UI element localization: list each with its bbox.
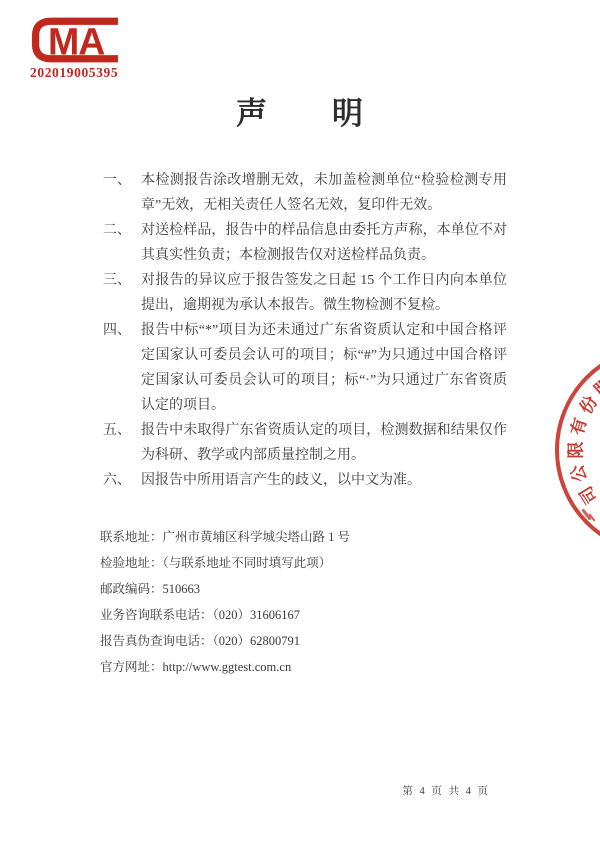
contact-label: 官方网址：	[100, 660, 163, 674]
contact-label: 检验地址：	[100, 556, 163, 570]
contact-value: 广州市黄埔区科学城尖塔山路 1 号	[163, 530, 351, 544]
statement-item: 一、 本检测报告涂改增删无效，未加盖检测单位“检验检测专用章”无效，无相关责任人…	[103, 168, 507, 218]
verification-phone-line: 报告真伪查询电话：（020）62800791	[100, 628, 350, 654]
contact-address-line: 联系地址：广州市黄埔区科学城尖塔山路 1 号	[100, 524, 350, 550]
statement-text: 因报告中所用语言产生的歧义，以中文为准。	[141, 468, 507, 493]
statement-number: 六、	[103, 468, 141, 493]
statement-text: 报告中标“*”项目为还未通过广东省资质认定和中国合格评定国家认可委员会认可的项目…	[141, 318, 507, 418]
company-seal: 股 份 有 限 公 司	[555, 345, 600, 555]
contact-label: 联系地址：	[100, 530, 163, 544]
seal-char: 限	[562, 442, 587, 459]
contact-value: http://www.ggtest.com.cn	[163, 660, 292, 674]
statement-number: 五、	[103, 418, 141, 468]
statement-number: 四、	[103, 318, 141, 418]
contact-block: 联系地址：广州市黄埔区科学城尖塔山路 1 号 检验地址：（与联系地址不同时填写此…	[100, 524, 350, 680]
contact-value: （020）31606167	[213, 608, 301, 622]
inspection-address-line: 检验地址：（与联系地址不同时填写此项）	[100, 550, 350, 576]
statement-item: 二、 对送检样品，报告中的样品信息由委托方声称，本单位不对其真实性负责；本检测报…	[103, 218, 507, 268]
cma-logo-icon: MA	[30, 16, 135, 64]
contact-value: 510663	[163, 582, 201, 596]
statement-item: 六、 因报告中所用语言产生的歧义，以中文为准。	[103, 468, 507, 493]
report-statement-page: MA 202019005395 声 明 一、 本检测报告涂改增删无效，未加盖检测…	[0, 0, 600, 848]
page-title: 声 明	[0, 88, 600, 133]
statement-text: 报告中未取得广东省资质认定的项目，检测数据和结果仅作为科研、教学或内部质量控制之…	[141, 418, 507, 468]
website-line: 官方网址：http://www.ggtest.com.cn	[100, 654, 350, 680]
statement-text: 本检测报告涂改增删无效，未加盖检测单位“检验检测专用章”无效，无相关责任人签名无…	[141, 168, 507, 218]
business-phone-line: 业务咨询联系电话：（020）31606167	[100, 602, 350, 628]
page-number: 第 4 页 共 4 页	[402, 783, 490, 798]
postal-code-line: 邮政编码：510663	[100, 576, 350, 602]
contact-label: 报告真伪查询电话：	[100, 634, 213, 648]
svg-text:MA: MA	[48, 21, 105, 63]
statement-item: 四、 报告中标“*”项目为还未通过广东省资质认定和中国合格评定国家认可委员会认可…	[103, 318, 507, 418]
statement-number: 二、	[103, 218, 141, 268]
statement-item: 五、 报告中未取得广东省资质认定的项目，检测数据和结果仅作为科研、教学或内部质量…	[103, 418, 507, 468]
contact-label: 业务咨询联系电话：	[100, 608, 213, 622]
statement-text: 对送检样品，报告中的样品信息由委托方声称，本单位不对其真实性负责；本检测报告仅对…	[141, 218, 507, 268]
statement-number: 三、	[103, 268, 141, 318]
contact-value: （与联系地址不同时填写此项）	[163, 556, 332, 570]
cma-certificate-number: 202019005395	[30, 65, 142, 81]
contact-label: 邮政编码：	[100, 582, 163, 596]
statement-text: 对报告的异议应于报告签发之日起 15 个工作日内向本单位提出，逾期视为承认本报告…	[141, 268, 507, 318]
statement-item: 三、 对报告的异议应于报告签发之日起 15 个工作日内向本单位提出，逾期视为承认…	[103, 268, 507, 318]
cma-badge: MA 202019005395	[30, 16, 142, 81]
statement-list: 一、 本检测报告涂改增删无效，未加盖检测单位“检验检测专用章”无效，无相关责任人…	[103, 168, 507, 493]
statement-number: 一、	[103, 168, 141, 218]
contact-value: （020）62800791	[213, 634, 301, 648]
